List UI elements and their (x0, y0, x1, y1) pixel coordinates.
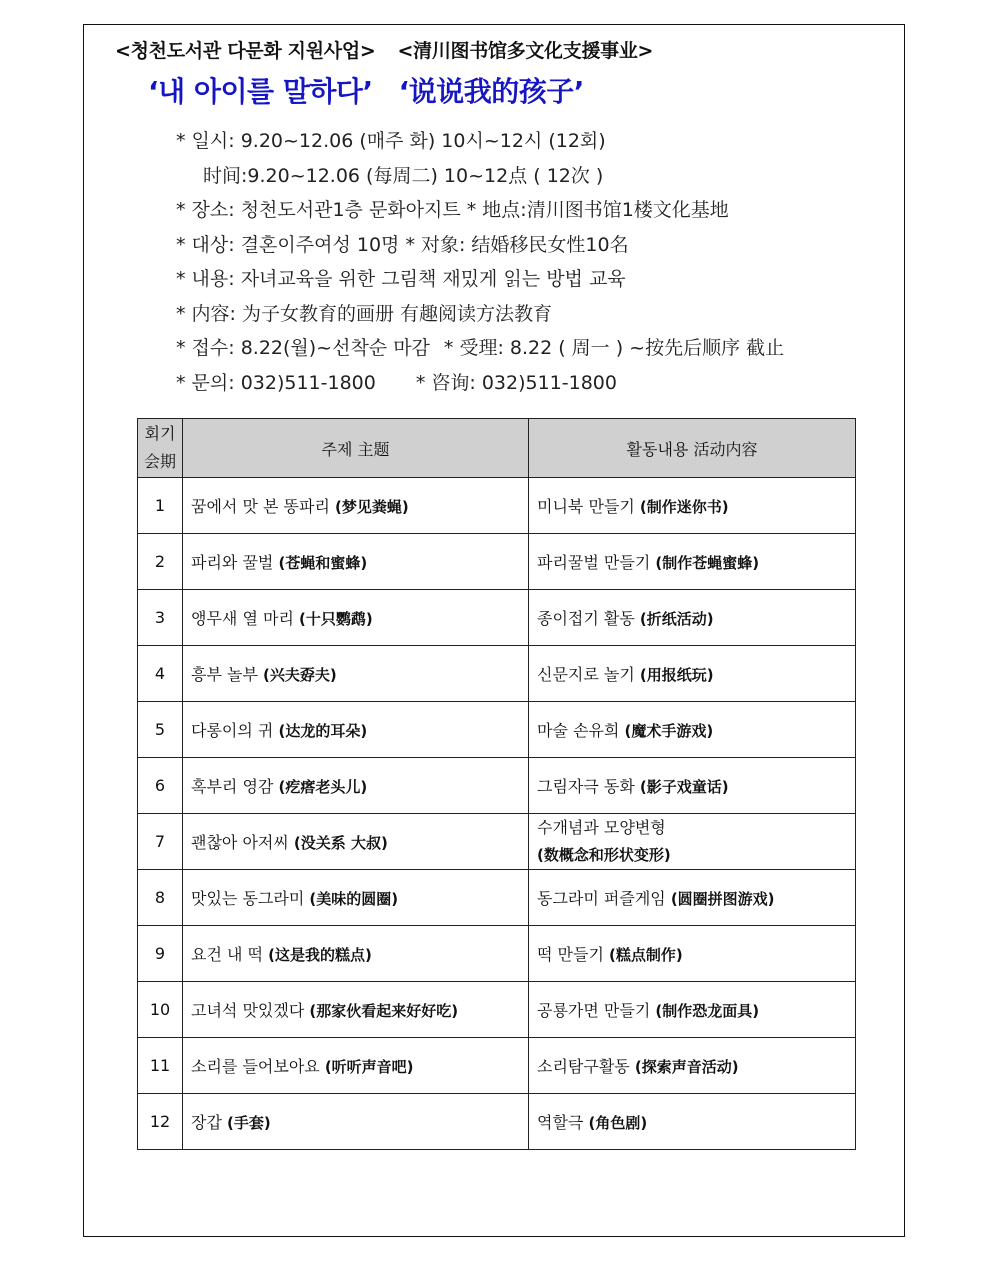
theme-cell: 꿈에서 맛 본 똥파리 (梦见粪蝇) (183, 478, 529, 534)
table-row: 1꿈에서 맛 본 똥파리 (梦见粪蝇)미니북 만들기 (制作迷你书) (138, 478, 856, 534)
info-place: * 장소: 청천도서관1층 문화아지트 * 地点:清川图书馆1楼文化基地 (176, 193, 784, 228)
header-session-korean: 회기 (138, 420, 182, 448)
info-target: * 대상: 결혼이주여성 10명 * 对象: 结婚移民女性10名 (176, 228, 784, 263)
activity-korean: 파리꿀벌 만들기 (537, 553, 650, 572)
theme-cell: 괜찮아 아저씨 (没关系 大叔) (183, 814, 529, 870)
theme-korean: 혹부리 영감 (191, 777, 273, 796)
activity-chinese: (制作迷你书) (640, 498, 729, 516)
activity-cell: 떡 만들기 (糕点制作) (529, 926, 856, 982)
table-row: 4흥부 놀부 (兴夫孬夫)신문지로 놀기 (用报纸玩) (138, 646, 856, 702)
theme-korean: 장갑 (191, 1113, 222, 1132)
session-number: 9 (138, 926, 183, 982)
program-info: * 일시: 9.20~12.06 (매주 화) 10시~12시 (12회) 时间… (176, 124, 784, 400)
info-apply-korean: * 접수: 8.22(월)~선착순 마감 (176, 337, 430, 359)
theme-korean: 고녀석 맛있겠다 (191, 1001, 304, 1020)
activity-korean: 소리탐구활동 (537, 1057, 630, 1076)
table-row: 5다롱이의 귀 (达龙的耳朵)마술 손유희 (魔术手游戏) (138, 702, 856, 758)
activity-cell: 역할극 (角色剧) (529, 1094, 856, 1150)
session-number: 3 (138, 590, 183, 646)
activity-korean: 동그라미 퍼즐게임 (537, 889, 666, 908)
theme-chinese: (这是我的糕点) (268, 946, 372, 964)
activity-korean: 공룡가면 만들기 (537, 1001, 650, 1020)
theme-cell: 혹부리 영감 (疙瘩老头儿) (183, 758, 529, 814)
session-number: 6 (138, 758, 183, 814)
theme-korean: 앵무새 열 마리 (191, 609, 294, 628)
session-number: 11 (138, 1038, 183, 1094)
schedule-body: 1꿈에서 맛 본 똥파리 (梦见粪蝇)미니북 만들기 (制作迷你书)2파리와 꿀… (138, 478, 856, 1150)
activity-korean: 그림자극 동화 (537, 777, 635, 796)
theme-cell: 맛있는 동그라미 (美味的圆圈) (183, 870, 529, 926)
theme-chinese: (听听声音吧) (325, 1058, 414, 1076)
activity-korean: 떡 만들기 (537, 945, 604, 964)
activity-chinese: (折纸活动) (640, 610, 714, 628)
activity-cell: 그림자극 동화 (影子戏童话) (529, 758, 856, 814)
table-row: 9요건 내 떡 (这是我的糕点)떡 만들기 (糕点制作) (138, 926, 856, 982)
theme-chinese: (疙瘩老头儿) (278, 778, 367, 796)
activity-korean: 종이접기 활동 (537, 609, 635, 628)
table-row: 2파리와 꿀벌 (苍蝇和蜜蜂)파리꿀벌 만들기 (制作苍蝇蜜蜂) (138, 534, 856, 590)
program-header-korean: <청천도서관 다문화 지원사업> (115, 40, 376, 62)
info-contact-korean: * 문의: 032)511-1800 (176, 372, 376, 394)
activity-chinese: (数概念和形状变形) (537, 846, 671, 864)
theme-chinese: (达龙的耳朵) (278, 722, 367, 740)
activity-chinese: (影子戏童话) (640, 778, 729, 796)
theme-chinese: (那家伙看起来好好吃) (309, 1002, 458, 1020)
activity-cell: 공룡가면 만들기 (制作恐龙面具) (529, 982, 856, 1038)
theme-korean: 다롱이의 귀 (191, 721, 273, 740)
activity-chinese: (用报纸玩) (640, 666, 714, 684)
theme-korean: 괜찮아 아저씨 (191, 833, 289, 852)
theme-chinese: (兴夫孬夫) (263, 666, 337, 684)
activity-chinese: (制作苍蝇蜜蜂) (655, 554, 759, 572)
theme-cell: 소리를 들어보아요 (听听声音吧) (183, 1038, 529, 1094)
theme-chinese: (苍蝇和蜜蜂) (278, 554, 367, 572)
theme-chinese: (十只鹦鹉) (299, 610, 373, 628)
session-number: 7 (138, 814, 183, 870)
theme-korean: 맛있는 동그라미 (191, 889, 304, 908)
theme-korean: 파리와 꿀벌 (191, 553, 273, 572)
schedule-table: 회기 会期 주제 主题 활동내용 活动内容 1꿈에서 맛 본 똥파리 (梦见粪蝇… (137, 418, 856, 1150)
table-row: 7괜찮아 아저씨 (没关系 大叔)수개념과 모양변형(数概念和形状变形) (138, 814, 856, 870)
theme-cell: 흥부 놀부 (兴夫孬夫) (183, 646, 529, 702)
info-contact: * 문의: 032)511-1800* 咨询: 032)511-1800 (176, 366, 784, 401)
activity-cell: 마술 손유희 (魔术手游戏) (529, 702, 856, 758)
table-row: 3앵무새 열 마리 (十只鹦鹉)종이접기 활동 (折纸活动) (138, 590, 856, 646)
table-row: 12장갑 (手套)역할극 (角色剧) (138, 1094, 856, 1150)
info-target-korean: * 대상: 결혼이주여성 10명 (176, 234, 399, 256)
info-target-chinese: * 对象: 结婚移民女性10名 (405, 234, 628, 256)
activity-korean: 마술 손유희 (537, 721, 619, 740)
theme-korean: 흥부 놀부 (191, 665, 258, 684)
activity-chinese: (糕点制作) (609, 946, 683, 964)
header-theme: 주제 主题 (183, 419, 529, 478)
table-row: 11소리를 들어보아요 (听听声音吧)소리탐구활동 (探索声音活动) (138, 1038, 856, 1094)
activity-cell: 수개념과 모양변형(数概念和形状变形) (529, 814, 856, 870)
table-row: 8맛있는 동그라미 (美味的圆圈)동그라미 퍼즐게임 (圆圈拼图游戏) (138, 870, 856, 926)
table-row: 10고녀석 맛있겠다 (那家伙看起来好好吃)공룡가면 만들기 (制作恐龙面具) (138, 982, 856, 1038)
activity-cell: 파리꿀벌 만들기 (制作苍蝇蜜蜂) (529, 534, 856, 590)
theme-cell: 다롱이의 귀 (达龙的耳朵) (183, 702, 529, 758)
session-number: 12 (138, 1094, 183, 1150)
theme-chinese: (手套) (227, 1114, 271, 1132)
theme-chinese: (梦见粪蝇) (335, 498, 409, 516)
activity-cell: 종이접기 활동 (折纸活动) (529, 590, 856, 646)
activity-chinese: (角色剧) (588, 1114, 647, 1132)
info-date-korean: * 일시: 9.20~12.06 (매주 화) 10시~12시 (12회) (176, 124, 784, 159)
info-contact-chinese: * 咨询: 032)511-1800 (416, 372, 617, 394)
activity-chinese: (制作恐龙面具) (655, 1002, 759, 1020)
table-header-row: 회기 会期 주제 主题 활동내용 活动内容 (138, 419, 856, 478)
info-date-chinese: 时间:9.20~12.06 (每周二) 10~12点 ( 12次 ) (176, 159, 784, 194)
theme-cell: 장갑 (手套) (183, 1094, 529, 1150)
activity-cell: 신문지로 놀기 (用报纸玩) (529, 646, 856, 702)
activity-korean: 미니북 만들기 (537, 497, 635, 516)
info-place-korean: * 장소: 청천도서관1층 문화아지트 (176, 199, 461, 221)
activity-korean: 수개념과 모양변형 (537, 818, 666, 837)
table-row: 6혹부리 영감 (疙瘩老头儿)그림자극 동화 (影子戏童话) (138, 758, 856, 814)
activity-cell: 미니북 만들기 (制作迷你书) (529, 478, 856, 534)
session-number: 4 (138, 646, 183, 702)
session-number: 1 (138, 478, 183, 534)
info-content-chinese: * 内容: 为子女教育的画册 有趣阅读方法教育 (176, 297, 784, 332)
session-number: 5 (138, 702, 183, 758)
activity-korean: 역할극 (537, 1113, 583, 1132)
activity-korean: 신문지로 놀기 (537, 665, 635, 684)
theme-cell: 앵무새 열 마리 (十只鹦鹉) (183, 590, 529, 646)
theme-chinese: (没关系 大叔) (294, 834, 388, 852)
session-number: 2 (138, 534, 183, 590)
info-apply: * 접수: 8.22(월)~선착순 마감* 受理: 8.22 ( 周一 ) ~按… (176, 331, 784, 366)
program-title: ‘내 아이를 말하다’‘说说我的孩子’ (148, 70, 584, 110)
program-header-chinese: <清川图书馆多文化支援事业> (398, 40, 654, 62)
header-session: 회기 会期 (138, 419, 183, 478)
activity-cell: 동그라미 퍼즐게임 (圆圈拼图游戏) (529, 870, 856, 926)
info-apply-chinese: * 受理: 8.22 ( 周一 ) ~按先后顺序 截止 (444, 337, 784, 359)
program-title-korean: ‘내 아이를 말하다’ (148, 75, 373, 108)
theme-korean: 꿈에서 맛 본 똥파리 (191, 497, 330, 516)
activity-chinese: (圆圈拼图游戏) (671, 890, 775, 908)
theme-korean: 요건 내 떡 (191, 945, 263, 964)
program-title-chinese: ‘说说我的孩子’ (399, 75, 584, 108)
theme-cell: 요건 내 떡 (这是我的糕点) (183, 926, 529, 982)
theme-chinese: (美味的圆圈) (309, 890, 398, 908)
session-number: 10 (138, 982, 183, 1038)
info-place-chinese: * 地点:清川图书馆1楼文化基地 (467, 199, 729, 221)
header-session-chinese: 会期 (138, 448, 182, 476)
activity-cell: 소리탐구활동 (探索声音活动) (529, 1038, 856, 1094)
info-content-korean: * 내용: 자녀교육을 위한 그림책 재밌게 읽는 방법 교육 (176, 262, 784, 297)
program-header: <청천도서관 다문화 지원사업><清川图书馆多文化支援事业> (115, 36, 653, 63)
session-number: 8 (138, 870, 183, 926)
theme-cell: 파리와 꿀벌 (苍蝇和蜜蜂) (183, 534, 529, 590)
theme-cell: 고녀석 맛있겠다 (那家伙看起来好好吃) (183, 982, 529, 1038)
theme-korean: 소리를 들어보아요 (191, 1057, 320, 1076)
activity-chinese: (魔术手游戏) (624, 722, 713, 740)
header-activity: 활동내용 活动内容 (529, 419, 856, 478)
activity-chinese: (探索声音活动) (635, 1058, 739, 1076)
